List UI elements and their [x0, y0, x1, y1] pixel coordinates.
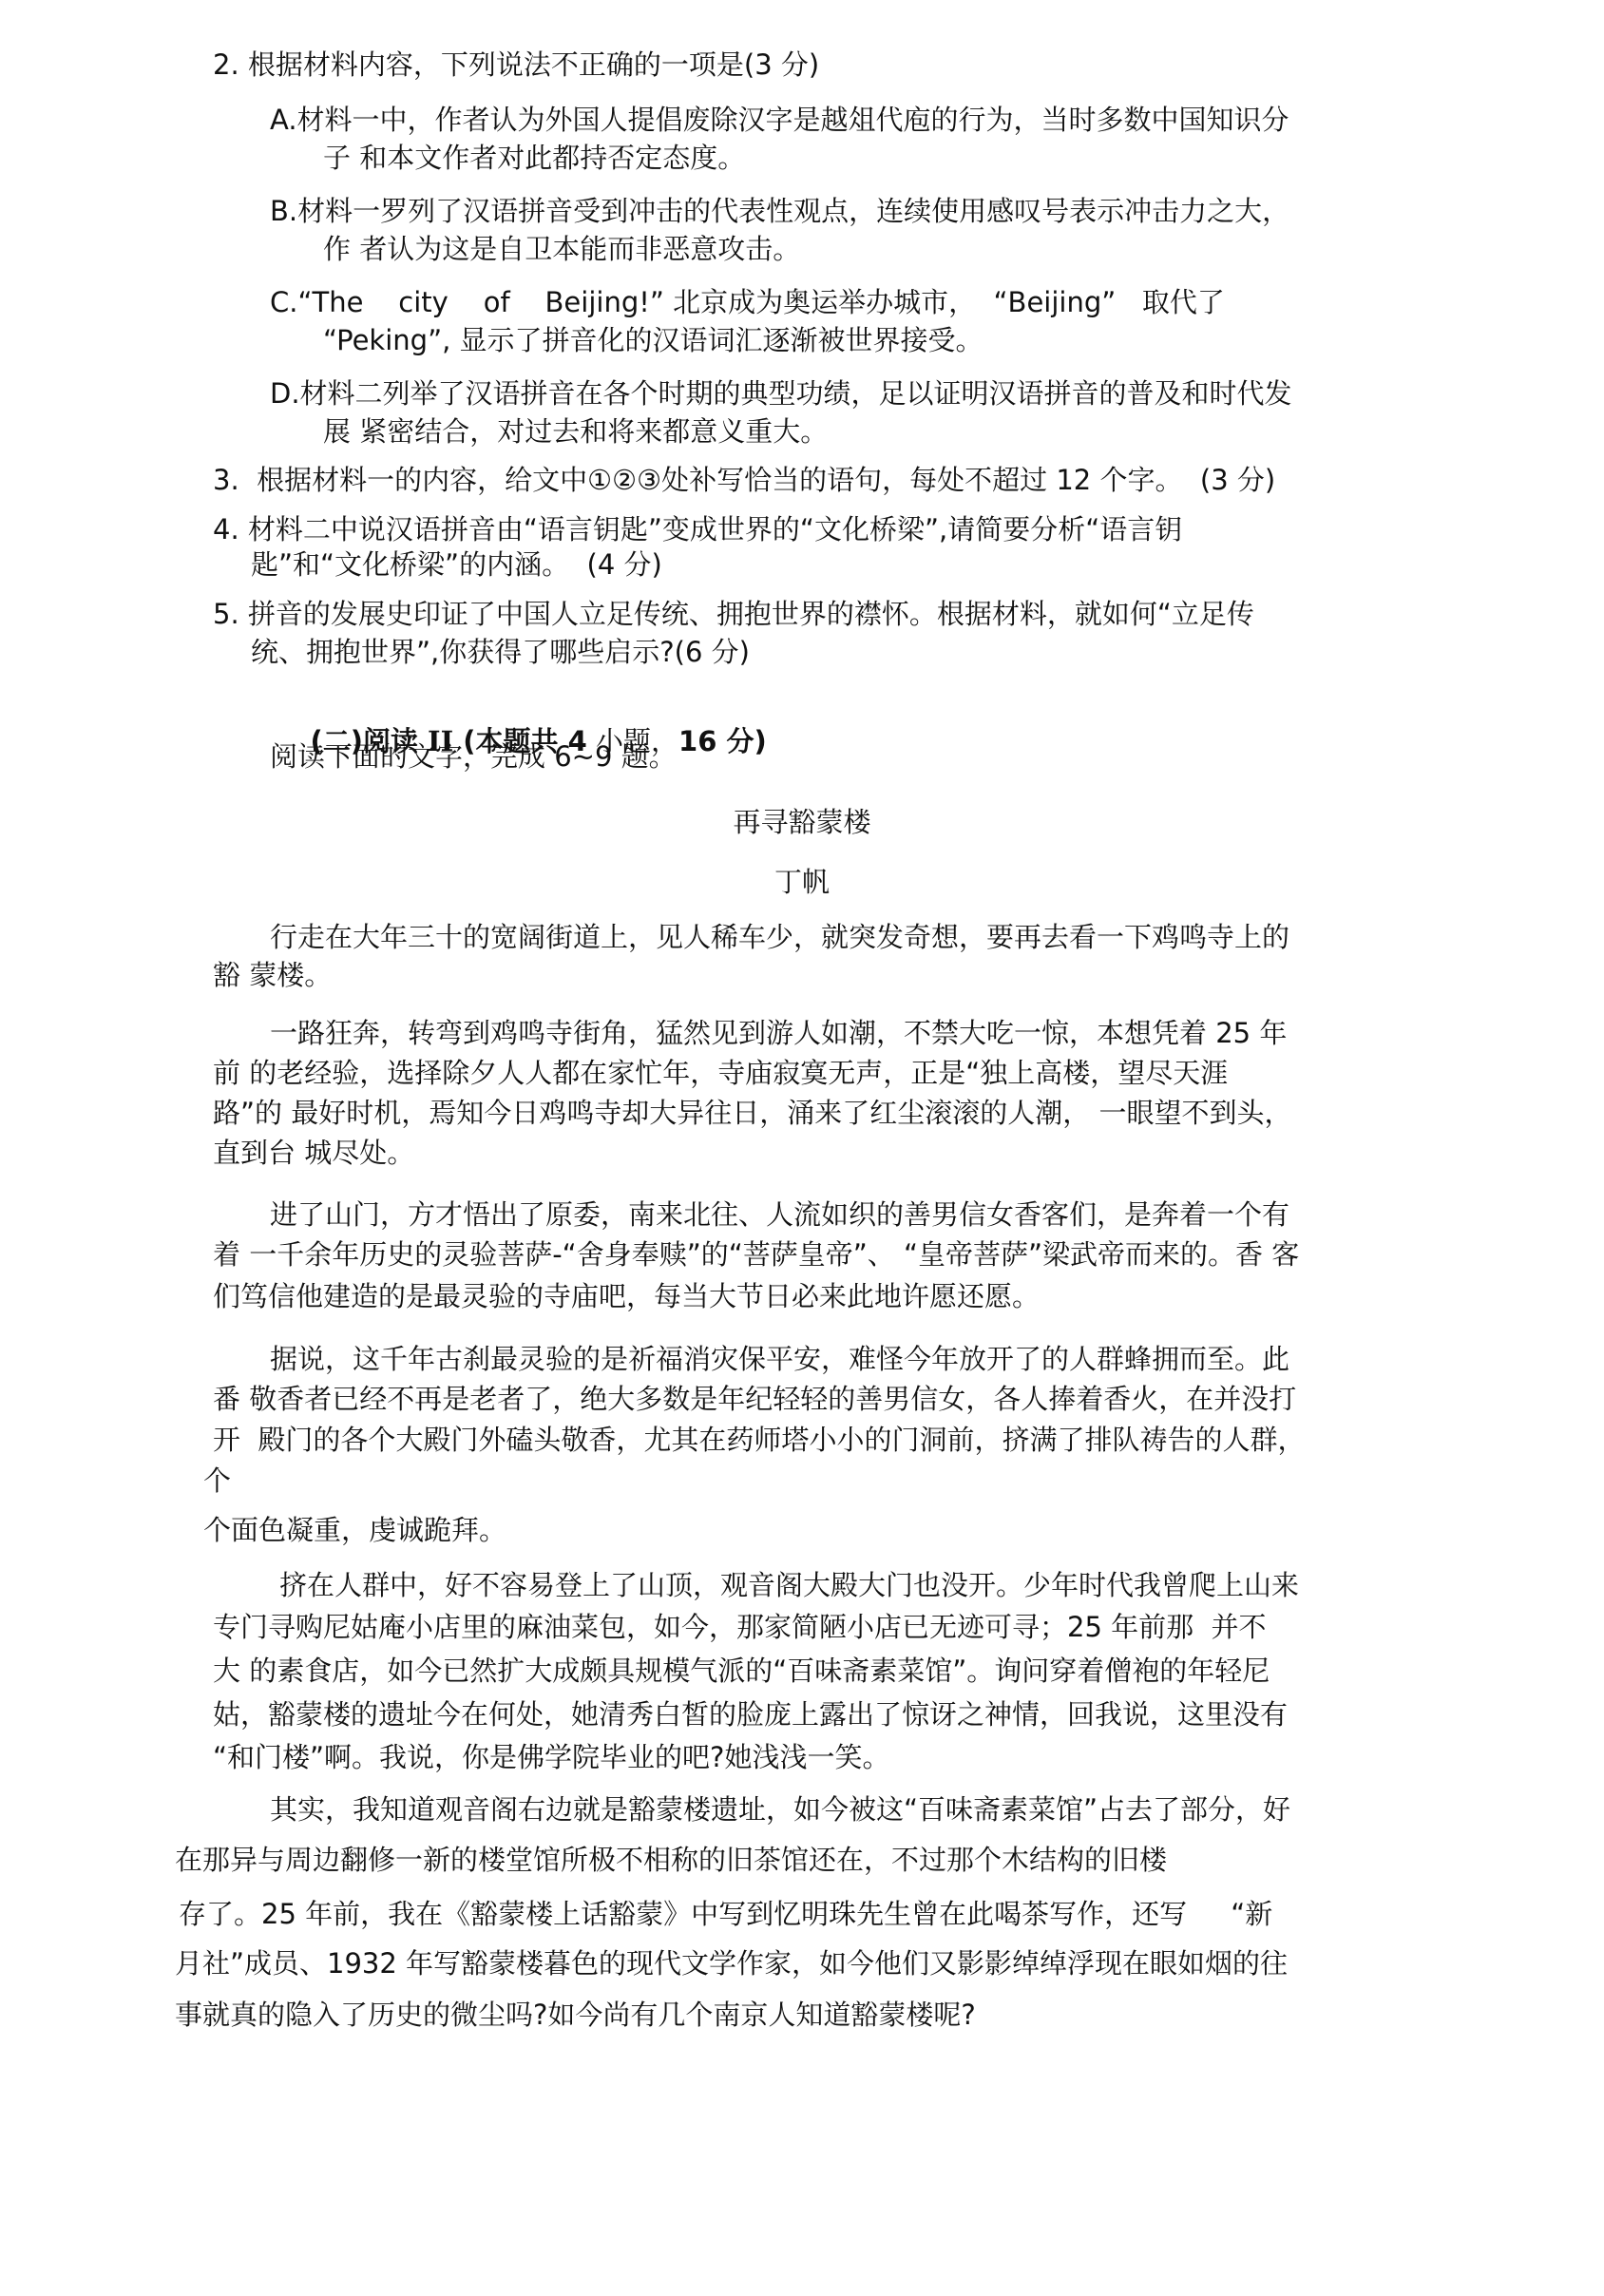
article-p6-line-5: 事就真的隐入了历史的微尘吗?如今尚有几个南京人知道豁蒙楼呢?: [175, 1996, 976, 2034]
question-5-line-2: 统、拥抱世界”,你获得了哪些启示?(6 分): [251, 633, 750, 671]
question-2-option-c-line-2: “Peking”, 显示了拼音化的汉语词汇逐渐被世界接受。: [323, 321, 983, 359]
article-p4-line-5: 个面色凝重，虔诚跪拜。: [203, 1511, 506, 1549]
article-p6-line-2: 在那异与周边翻修一新的楼堂馆所极不相称的旧茶馆还在，不过那个木结构的旧楼: [175, 1841, 1167, 1879]
article-p1-line-1: 行走在大年三十的宽阔街道上，见人稀车少，就突发奇想，要再去看一下鸡鸣寺上的: [270, 918, 1289, 956]
question-4-line-1: 4. 材料二中说汉语拼音由“语言钥匙”变成世界的“文化桥梁”,请简要分析“语言钥: [213, 510, 1182, 548]
article-p6-line-4: 月社”成员、1932 年写豁蒙楼暮色的现代文学作家，如今他们又影影绰绰浮现在眼如…: [175, 1944, 1288, 1982]
article-p5-line-2: 专门寻购尼姑庵小店里的麻油菜包，如今，那家简陋小店已无迹可寻；25 年前那 并不: [213, 1608, 1267, 1646]
article-author: 丁帆: [0, 863, 1604, 901]
article-p4-line-2: 番 敬香者已经不再是老者了，绝大多数是年纪轻轻的善男信女，各人捧着香火，在并没打: [213, 1380, 1296, 1418]
section-suffix: 分): [716, 725, 766, 757]
article-p2-line-1: 一路狂奔，转弯到鸡鸣寺街角，猛然见到游人如潮，不禁大吃一惊，本想凭着 25 年: [270, 1014, 1287, 1052]
article-p3-line-1: 进了山门，方才悟出了原委，南来北往、人流如织的善男信女香客们，是奔着一个有: [270, 1196, 1289, 1234]
question-2-option-d-line-2: 展 紧密结合，对过去和将来都意义重大。: [323, 412, 828, 450]
article-p5-line-3: 大 的素食店，如今已然扩大成颇具规模气派的“百味斋素菜馆”。询问穿着僧袍的年轻尼: [213, 1652, 1270, 1690]
section-score: 16: [678, 725, 716, 757]
article-p4-line-1: 据说，这千年古刹最灵验的是祈福消灾保平安，难怪今年放开了的人群蜂拥而至。此: [270, 1340, 1289, 1378]
article-p5-line-5: “和门楼”啊。我说，你是佛学院毕业的吧?她浅浅一笑。: [213, 1738, 889, 1776]
article-p1-line-2: 豁 蒙楼。: [213, 956, 332, 994]
article-p5-line-4: 姑，豁蒙楼的遗址今在何处，她清秀白皙的脸庞上露出了惊讶之神情，回我说，这里没有: [213, 1695, 1288, 1733]
question-2-option-b-line-1: B.材料一罗列了汉语拼音受到冲击的代表性观点，连续使用感叹号表示冲击力之大，: [270, 192, 1289, 230]
article-p4-line-4: 个: [203, 1462, 231, 1500]
question-2-option-d-line-1: D.材料二列举了汉语拼音在各个时期的典型功绩，足以证明汉语拼音的普及和时代发: [270, 374, 1292, 412]
article-title: 再寻豁蒙楼: [0, 803, 1604, 841]
article-p3-line-2: 着 一千余年历史的灵验菩萨-“舍身奉赎”的“菩萨皇帝”、 “皇帝菩萨”梁武帝而来…: [213, 1235, 1299, 1273]
section-instruction: 阅读下面的文字，完成 6~9 题。: [270, 737, 677, 775]
article-p2-line-4: 直到台 城尽处。: [213, 1134, 414, 1172]
question-2-option-b-line-2: 作 者认为这是自卫本能而非恶意攻击。: [323, 230, 800, 268]
article-p4-line-3: 开 殿门的各个大殿门外磕头敬香，尤其在药师塔小小的门洞前，挤满了排队祷告的人群，: [213, 1421, 1305, 1459]
article-p2-line-3: 路”的 最好时机，焉知今日鸡鸣寺却大异往日，涌来了红尘滚滚的人潮， 一眼望不到头…: [213, 1094, 1291, 1132]
question-3: 3. 根据材料一的内容，给文中①②③处补写恰当的语句，每处不超过 12 个字。 …: [213, 461, 1275, 499]
article-p6-line-1: 其实，我知道观音阁右边就是豁蒙楼遗址，如今被这“百味斋素菜馆”占去了部分，好: [270, 1790, 1290, 1828]
question-5-line-1: 5. 拼音的发展史印证了中国人立足传统、拥抱世界的襟怀。根据材料，就如何“立足传: [213, 595, 1254, 633]
question-2-stem: 2. 根据材料内容，下列说法不正确的一项是(3 分): [213, 46, 819, 84]
article-p3-line-3: 们笃信他建造的是最灵验的寺庙吧，每当大节日必来此地许愿还愿。: [213, 1277, 1040, 1315]
question-2-option-a-line-1: A.材料一中，作者认为外国人提倡废除汉字是越俎代庖的行为，当时多数中国知识分: [270, 101, 1289, 139]
article-p5-line-1: 挤在人群中，好不容易登上了山顶，观音阁大殿大门也没开。少年时代我曾爬上山来: [279, 1566, 1299, 1604]
question-2-option-c-line-1: C.“The city of Beijing!” 北京成为奥运举办城市， “Be…: [270, 283, 1225, 321]
article-p2-line-2: 前 的老经验，选择除夕人人都在家忙年，寺庙寂寞无声，正是“独上高楼，望尽天涯: [213, 1054, 1228, 1092]
question-2-option-a-line-2: 子 和本文作者对此都持否定态度。: [323, 139, 745, 177]
question-4-line-2: 匙”和“文化桥梁”的内涵。 (4 分): [251, 545, 662, 584]
article-p6-line-3: 存了。25 年前，我在《豁蒙楼上话豁蒙》中写到忆明珠先生曾在此喝茶写作，还写 “…: [179, 1895, 1272, 1933]
